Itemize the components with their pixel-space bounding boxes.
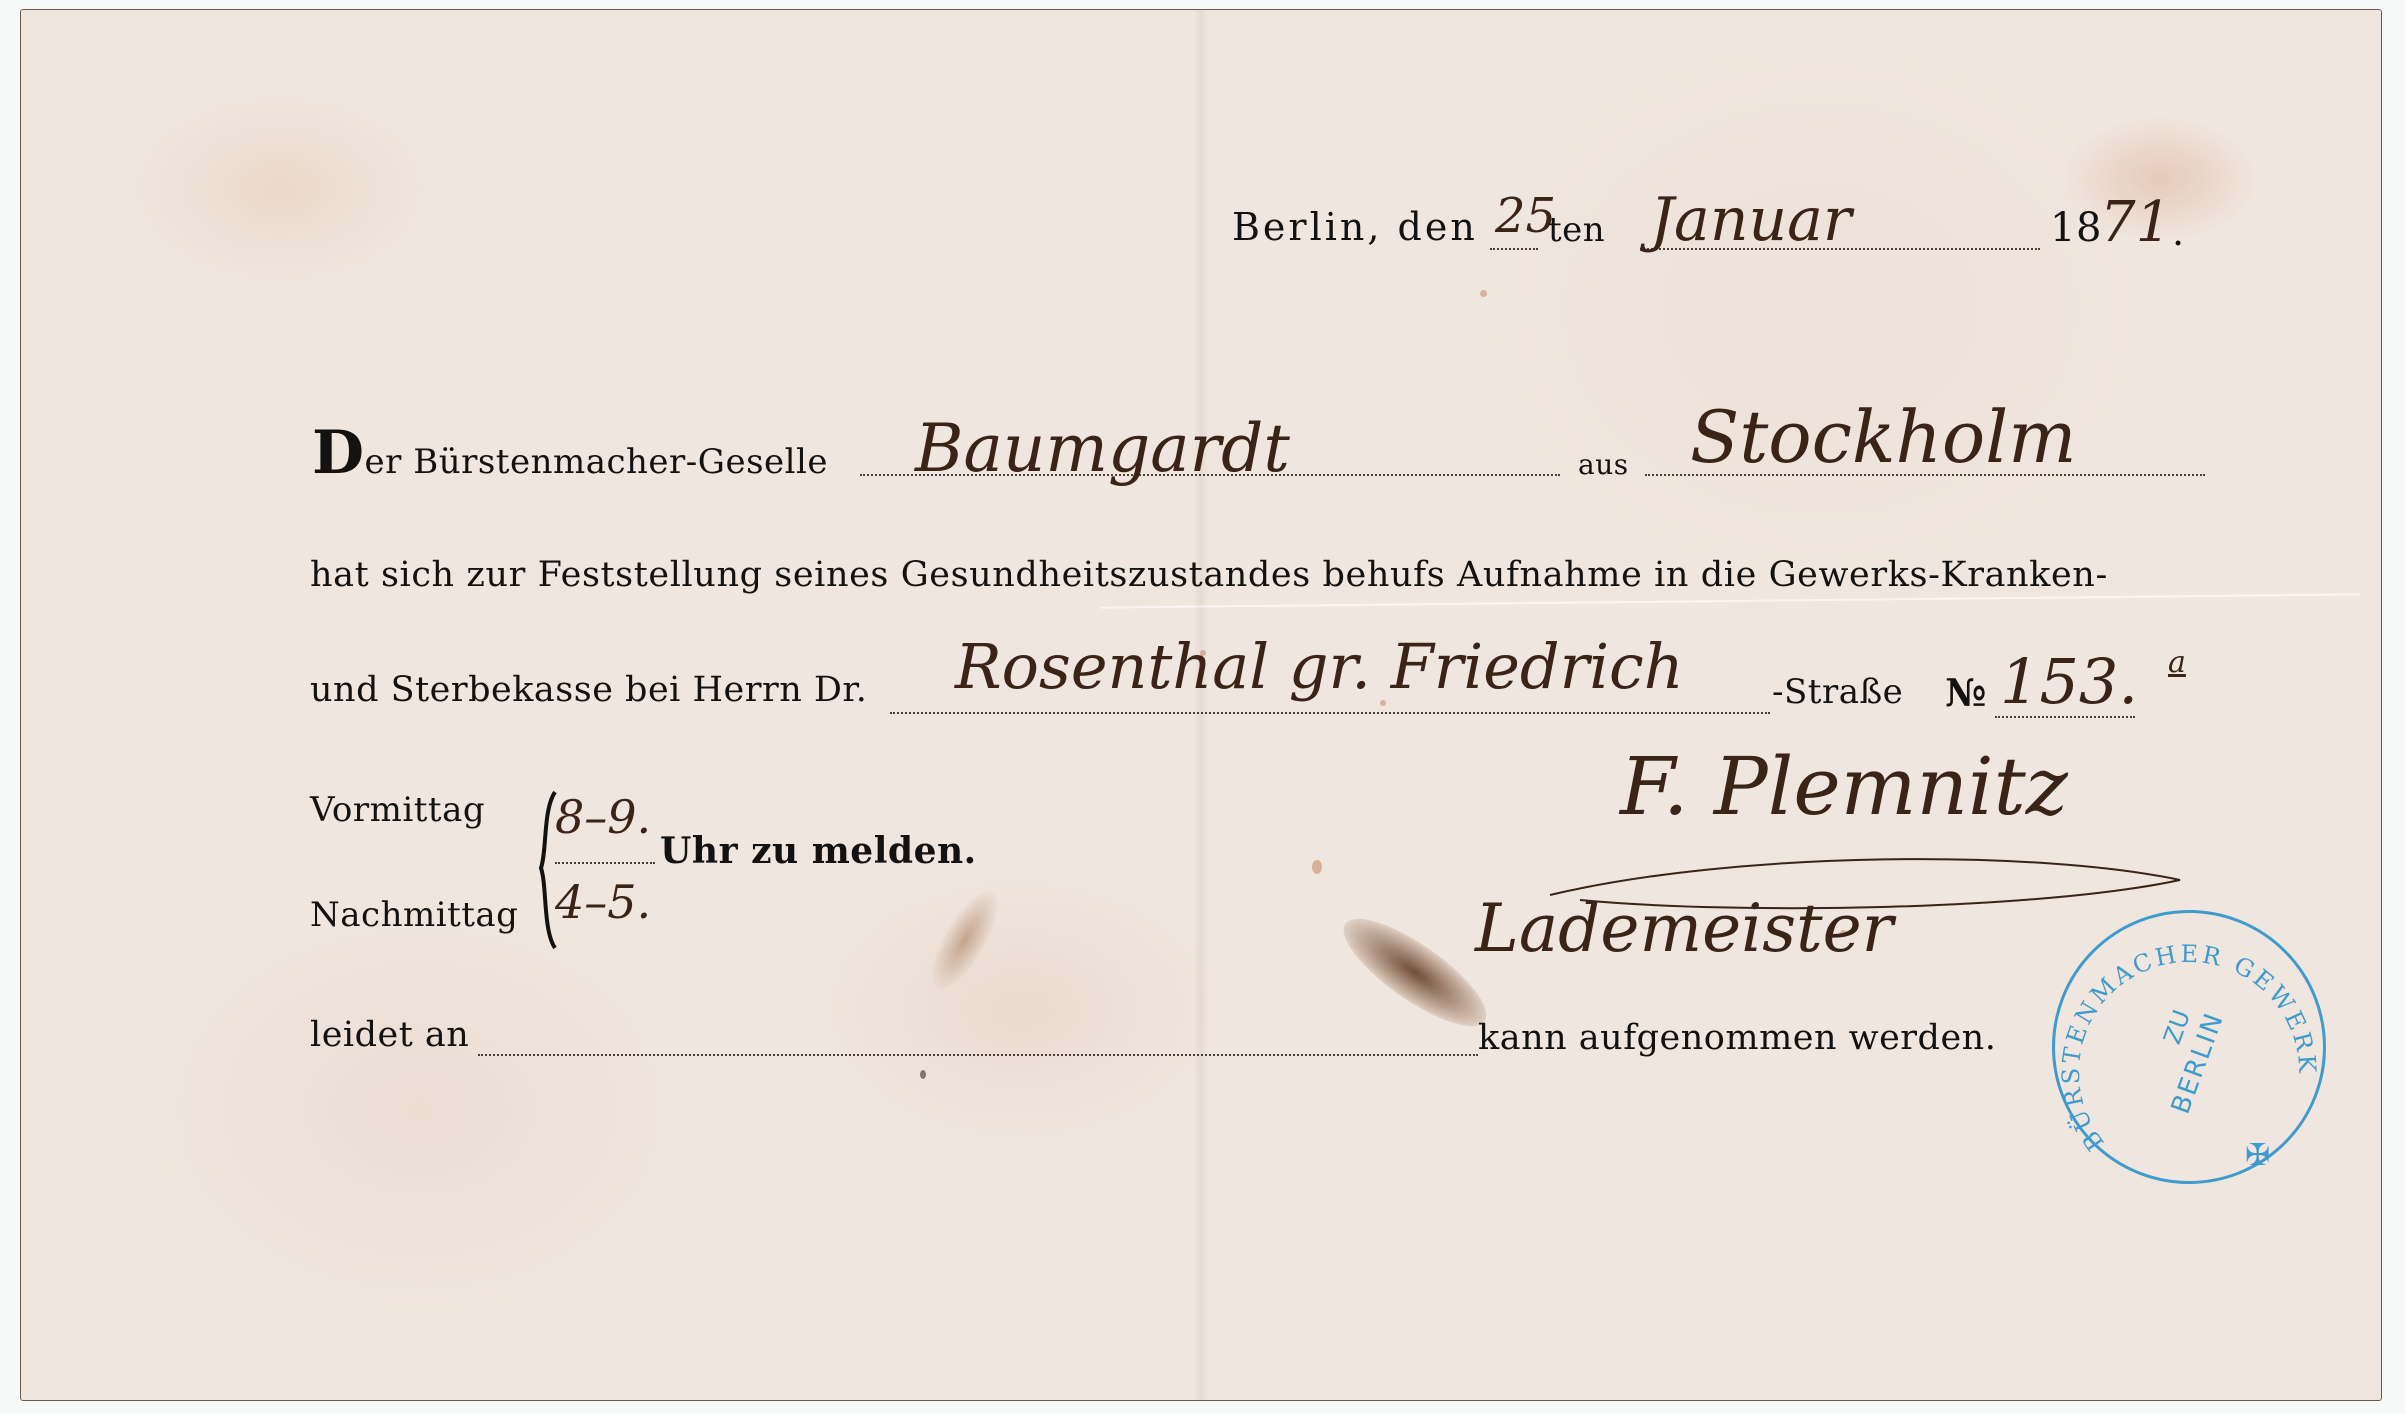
date-ten: ten bbox=[1548, 210, 1605, 250]
line1-text: er Bürstenmacher-Geselle bbox=[365, 442, 828, 482]
line1-printed: Der Bürstenmacher-Geselle bbox=[312, 418, 828, 488]
afternoon-label: Nachmittag bbox=[310, 895, 518, 935]
day-field-line bbox=[1490, 248, 1538, 250]
number-sign: № bbox=[1945, 670, 1987, 715]
speck bbox=[1480, 290, 1487, 297]
line2-printed: hat sich zur Feststellung seines Gesundh… bbox=[310, 555, 2108, 595]
speck bbox=[920, 1070, 926, 1079]
morning-label: Vormittag bbox=[310, 790, 485, 830]
doctor-handwritten: Rosenthal gr. Friedrich bbox=[955, 630, 1684, 703]
cross-icon: ✠ bbox=[2245, 1138, 2270, 1173]
guild-stamp: BÜRSTENMACHER GEWERK ZU BERLIN ✠ bbox=[2052, 910, 2326, 1184]
number-superscript: a bbox=[2168, 645, 2186, 680]
name-handwritten: Baumgardt bbox=[915, 410, 1290, 487]
origin-handwritten: Stockholm bbox=[1690, 395, 2077, 479]
doctor-field-line bbox=[890, 712, 1770, 714]
day-handwritten: 25 bbox=[1495, 188, 1556, 244]
hours-suffix: Uhr zu melden. bbox=[660, 830, 977, 872]
signature-title: Lademeister bbox=[1475, 890, 1893, 967]
afternoon-hours-handwritten: 4–5. bbox=[555, 875, 651, 929]
hour-field-line bbox=[555, 862, 655, 864]
leidet-label: leidet an bbox=[310, 1015, 469, 1055]
kann-label: kann aufgenommen werden. bbox=[1478, 1018, 1996, 1058]
morning-hours-handwritten: 8–9. bbox=[555, 790, 651, 844]
number-handwritten: 153. bbox=[2000, 645, 2138, 718]
aus-label: aus bbox=[1578, 448, 1629, 481]
date-prefix: Berlin, den bbox=[1232, 205, 1478, 249]
speck bbox=[1312, 860, 1322, 874]
month-handwritten: Januar bbox=[1650, 185, 1852, 255]
year-period: . bbox=[2172, 210, 2185, 254]
year-printed: 18 bbox=[2050, 205, 2102, 251]
strasse-label: -Straße bbox=[1772, 672, 1903, 712]
drop-initial: D bbox=[312, 418, 365, 488]
line3-printed: und Sterbekasse bei Herrn Dr. bbox=[310, 670, 867, 710]
year-handwritten: 71 bbox=[2100, 190, 2171, 255]
signature-name: F. Plemnitz bbox=[1620, 740, 2068, 833]
illness-field-line bbox=[478, 1054, 1478, 1056]
